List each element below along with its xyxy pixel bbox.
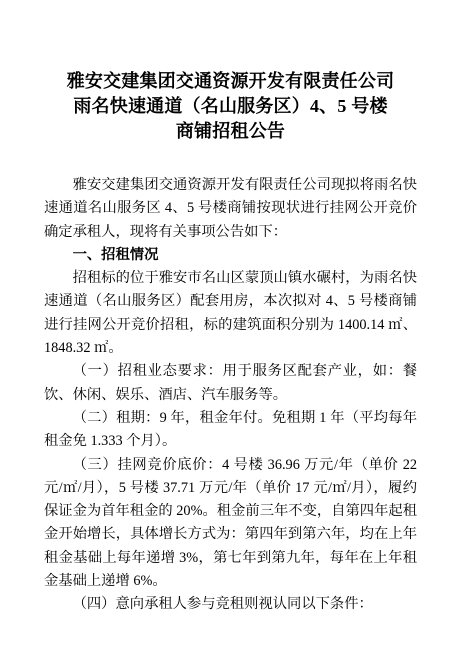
- title-line-1: 雅安交建集团交通资源开发有限责任公司: [44, 69, 417, 94]
- document-content: 雅安交建集团交通资源开发有限责任公司 雨名快速通道（名山服务区）4、5 号楼 商…: [44, 69, 417, 617]
- title-line-2: 雨名快速通道（名山服务区）4、5 号楼: [44, 94, 417, 119]
- paragraph-item-3: （三）挂网竞价底价：4 号楼 36.96 万元/年（单价 22 元/㎡/月），5…: [44, 454, 417, 594]
- section-heading-1: 一、招租情况: [44, 244, 417, 267]
- paragraph-item-4: （四）意向承租人参与竞租则视认同以下条件：: [44, 593, 417, 616]
- document-body: 雅安交建集团交通资源开发有限责任公司现拟将雨名快速通道名山服务区 4、5 号楼商…: [44, 174, 417, 617]
- document-page: 雅安交建集团交通资源开发有限责任公司 雨名快速通道（名山服务区）4、5 号楼 商…: [0, 0, 460, 663]
- title-line-3: 商铺招租公告: [44, 119, 417, 144]
- paragraph-location: 招租标的位于雅安市名山区蒙顶山镇水碾村，为雨名快速通道（名山服务区）配套用房，本…: [44, 267, 417, 360]
- paragraph-item-2: （二）租期：9 年，租金年付。免租期 1 年（平均每年租金免 1.333 个月）…: [44, 407, 417, 454]
- document-title: 雅安交建集团交通资源开发有限责任公司 雨名快速通道（名山服务区）4、5 号楼 商…: [44, 69, 417, 144]
- paragraph-intro: 雅安交建集团交通资源开发有限责任公司现拟将雨名快速通道名山服务区 4、5 号楼商…: [44, 174, 417, 244]
- paragraph-item-1: （一）招租业态要求：用于服务区配套产业，如：餐饮、休闲、娱乐、酒店、汽车服务等。: [44, 360, 417, 407]
